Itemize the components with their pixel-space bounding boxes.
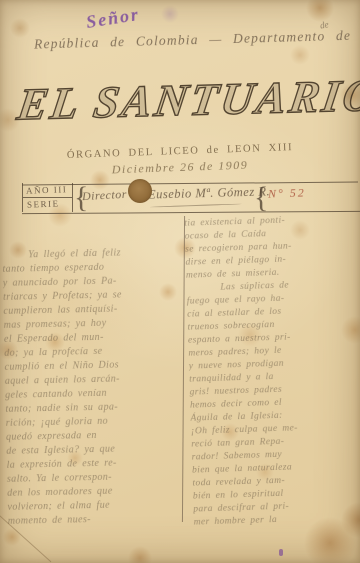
name-underline-flourish [150, 203, 242, 207]
senor-annotation: Señor [85, 4, 142, 33]
year-label: AÑO III [26, 184, 68, 195]
issue-number: N° 52 [268, 185, 306, 201]
page-title: EL SANTUARIO [14, 69, 358, 130]
header-line: República de Colombia — Departamento de [34, 27, 360, 52]
series-label: SERIE [27, 198, 60, 209]
director-label: Director [82, 187, 128, 204]
director-name: Eusebio Mª. Gómez R. [148, 184, 270, 202]
manuscript-page: Señor República de Colombia — Departamen… [0, 0, 360, 563]
right-brace: { [254, 183, 268, 213]
handwritten-line: momento de nues- [8, 511, 185, 529]
corner-note: de [319, 19, 329, 30]
right-column-text: tia existencia al ponti-ocaso de la Caíd… [184, 212, 360, 529]
purple-ink-dot [279, 549, 283, 556]
punch-hole-stain [128, 179, 152, 203]
left-column-text: Ya llegó el día feliztanto tiempo espera… [2, 245, 185, 529]
